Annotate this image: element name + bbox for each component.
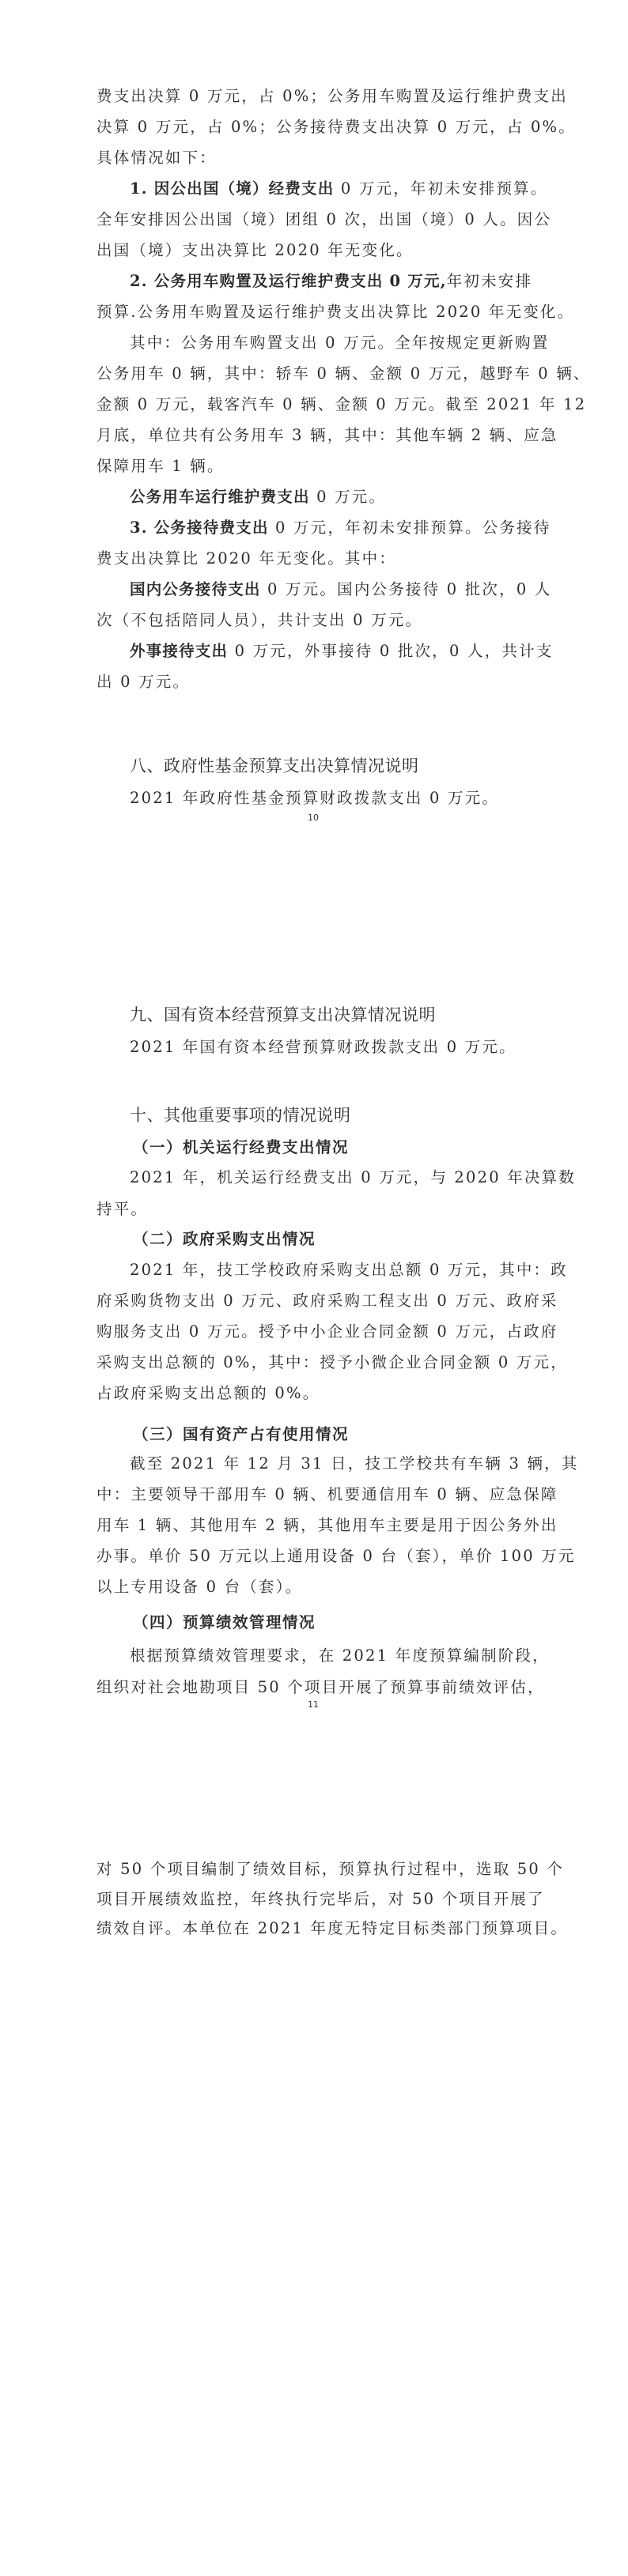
paragraph-line: 全年安排因公出国（境）团组 0 次，出国（境）0 人。因公 [96,210,539,229]
paragraph-line: 占政府采购支出总额的 0%。 [96,1384,539,1403]
paragraph-line: 金额 0 万元，载客汽车 0 辆、金额 0 万元。截至 2021 年 12 [96,395,539,414]
item-1-title-line: 1. 因公出国（境）经费支出 0 万元，年初未安排预算。 [130,179,573,198]
paragraph-line: 2021 年，机关运行经费支出 0 万元，与 2020 年决算数 [130,1168,573,1187]
section-8-heading: 八、政府性基金预算支出决算情况说明 [130,756,573,775]
subsection-1-title: （一）机关运行经费支出情况 [133,1138,576,1157]
paragraph-line: 中：主要领导干部用车 0 辆、机要通信用车 0 辆、应急保障 [96,1485,539,1504]
paragraph-line: 购服务支出 0 万元。授予中小企业合同金额 0 万元，占政府 [96,1322,539,1341]
maintenance-rest: 0 万元。 [310,488,387,506]
foreign-rest: 0 万元，外事接待 0 批次，0 人，共计支 [228,642,553,660]
paragraph-line: 根据预算绩效管理要求，在 2021 年度预算编制阶段， [130,1646,573,1665]
subsection-2-title: （二）政府采购支出情况 [133,1230,576,1249]
item-3-title: 3. 公务接待费支出 [130,519,269,537]
subsection-3-title: （三）国有资产占有使用情况 [133,1425,576,1444]
paragraph-line: 持平。 [96,1200,539,1219]
foreign-line: 外事接待支出 0 万元，外事接待 0 批次，0 人，共计支 [130,642,573,661]
item-1-title: 1. 因公出国（境）经费支出 [130,179,334,198]
paragraph-line: 2021 年，技工学校政府采购支出总额 0 万元，其中：政 [130,1261,573,1280]
item-2-title: 2. 公务用车购置及运行维护费支出 0 万元, [130,272,447,290]
section-9-body: 2021 年国有资本经营预算财政拨款支出 0 万元。 [130,1038,573,1057]
domestic-rest: 0 万元。国内公务接待 0 批次，0 人 [261,580,552,598]
item-2-title-rest: 年初未安排 [447,272,533,290]
paragraph-line: 保障用车 1 辆。 [96,457,539,476]
paragraph-line: 费支出决算 0 万元，占 0%；公务用车购置及运行维护费支出 [96,87,539,106]
paragraph-line: 组织对社会地勘项目 50 个项目开展了预算事前绩效评估， [96,1678,539,1697]
domestic-line: 国内公务接待支出 0 万元。国内公务接待 0 批次，0 人 [130,580,573,599]
paragraph-line: 月底，单位共有公务用车 3 辆，其中：其他车辆 2 辆、应急 [96,426,539,445]
item-3-title-line: 3. 公务接待费支出 0 万元，年初未安排预算。公务接待 [130,519,573,537]
paragraph-line: 公务用车 0 辆，其中：轿车 0 辆、金额 0 万元，越野车 0 辆、 [96,364,539,383]
paragraph-line: 其中：公务用车购置支出 0 万元。全年按规定更新购置 [130,334,573,353]
paragraph-line: 对 50 个项目编制了绩效目标，预算执行过程中，选取 50 个 [96,1860,539,1879]
foreign-title: 外事接待支出 [130,642,228,660]
paragraph-line: 项目开展绩效监控，年终执行完毕后，对 50 个项目开展了 [96,1890,539,1909]
page-number: 10 [297,813,329,823]
paragraph-line: 出 0 万元。 [96,673,539,692]
item-3-title-rest: 0 万元，年初未安排预算。公务接待 [269,519,551,537]
paragraph-line: 次（不包括陪同人员），共计支出 0 万元。 [96,611,539,630]
paragraph-line: 出国（境）支出决算比 2020 年无变化。 [96,241,539,260]
paragraph-line: 具体情况如下： [96,149,539,168]
paragraph-line: 决算 0 万元，占 0%；公务接待费支出决算 0 万元，占 0%。 [96,118,539,137]
section-8-body: 2021 年政府性基金预算财政拨款支出 0 万元。 [130,789,573,808]
paragraph-line: 预算.公务用车购置及运行维护费支出决算比 2020 年无变化。 [96,303,539,322]
paragraph-line: 用车 1 辆、其他用车 2 辆，其他用车主要是用于因公务外出 [96,1516,539,1535]
section-10-heading: 十、其他重要事项的情况说明 [130,1106,573,1125]
item-1-title-rest: 0 万元，年初未安排预算。 [334,179,547,198]
maintenance-line: 公务用车运行维护费支出 0 万元。 [130,488,573,507]
subsection-4-title: （四）预算绩效管理情况 [133,1613,576,1632]
paragraph-line: 绩效自评。本单位在 2021 年度无特定目标类部门预算项目。 [96,1919,539,1938]
item-2-title-line: 2. 公务用车购置及运行维护费支出 0 万元,年初未安排 [130,272,573,291]
page-number: 11 [297,1699,329,1710]
section-9-heading: 九、国有资本经营预算支出决算情况说明 [130,1005,573,1024]
paragraph-line: 截至 2021 年 12 月 31 日，技工学校共有车辆 3 辆，其 [130,1454,573,1473]
paragraph-line: 费支出决算比 2020 年无变化。其中： [96,549,539,568]
paragraph-line: 以上专用设备 0 台（套）。 [96,1578,539,1597]
maintenance-title: 公务用车运行维护费支出 [130,488,310,506]
domestic-title: 国内公务接待支出 [130,580,261,598]
paragraph-line: 府采购货物支出 0 万元、政府采购工程支出 0 万元、政府采 [96,1292,539,1311]
paragraph-line: 采购支出总额的 0%，其中：授予小微企业合同金额 0 万元， [96,1353,539,1372]
paragraph-line: 办事。单价 50 万元以上通用设备 0 台（套），单价 100 万元 [96,1547,539,1566]
